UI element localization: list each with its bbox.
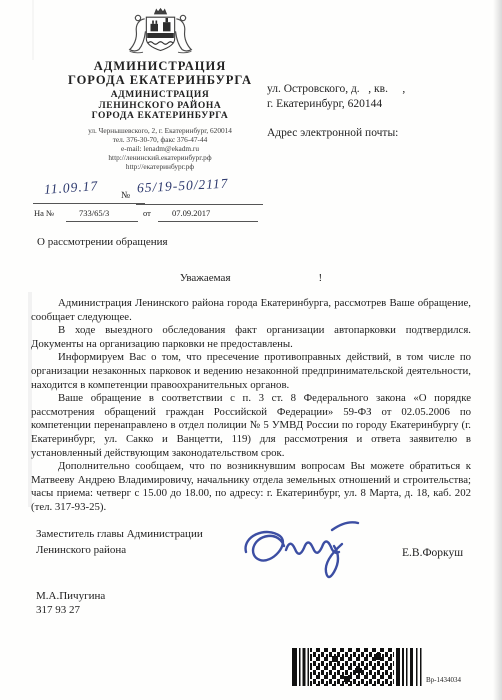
org-name-line: ЛЕНИНСКОГО РАЙОНА <box>10 101 310 112</box>
org-contacts: ул. Чернышевского, 2, г. Екатеринбург, 6… <box>10 126 310 171</box>
reply-number-underline <box>66 220 138 222</box>
number-sign-label: № <box>121 191 130 201</box>
org-name-line: АДМИНИСТРАЦИЯ <box>10 60 310 74</box>
reply-from-label: от <box>143 208 151 218</box>
recipient-block: ул. Островского, д. , кв. , г. Екатеринб… <box>267 82 487 112</box>
scan-edge-shadow <box>493 0 502 700</box>
reply-date: 07.09.2017 <box>172 208 210 218</box>
org-name-line: АДМИНИСТРАЦИЯ <box>10 90 310 101</box>
org-email-line: e-mail: lenadm@ekadm.ru <box>10 144 310 153</box>
org-name-district: АДМИНИСТРАЦИЯ ЛЕНИНСКОГО РАЙОНА ГОРОДА Е… <box>10 90 310 122</box>
date-underline <box>33 202 145 204</box>
number-underline <box>136 203 263 205</box>
handwritten-outgoing-number: 65/19-50/2117 <box>137 176 229 197</box>
scanned-letter-page: АДМИНИСТРАЦИЯ ГОРОДА ЕКАТЕРИНБУРГА АДМИН… <box>0 0 502 700</box>
body-paragraph: Информируем Вас о том, что пресечение пр… <box>31 351 471 392</box>
letterhead: АДМИНИСТРАЦИЯ ГОРОДА ЕКАТЕРИНБУРГА АДМИН… <box>10 60 310 171</box>
signature-autograph-icon <box>236 510 376 590</box>
subject-line: О рассмотрении обращения <box>37 236 168 248</box>
org-phone-line: тел. 376-30-70, факс 376-47-44 <box>10 135 310 144</box>
org-address-line: ул. Чернышевского, 2, г. Екатеринбург, 6… <box>10 126 310 135</box>
recipient-city-line: г. Екатеринбург, 620144 <box>267 97 487 112</box>
body-paragraph: Дополнительно сообщаем, что по возникнув… <box>31 460 471 514</box>
org-site-line: http://екатеринбург.рф <box>10 162 310 171</box>
executor-phone: 317 93 27 <box>36 603 105 617</box>
scan-streak-artifact <box>32 0 34 60</box>
reply-to-number: 733/65/3 <box>79 208 109 218</box>
org-name-line: ГОРОДА ЕКАТЕРИНБУРГА <box>10 74 310 88</box>
letter-body: Администрация Ленинского района города Е… <box>31 297 471 515</box>
salutation: Уважаемая ! <box>31 272 471 284</box>
yekaterinburg-coat-of-arms-icon <box>123 7 198 59</box>
signatory-name: Е.В.Форкуш <box>402 545 463 561</box>
signatory-position: Заместитель главы Администрации Ленинско… <box>36 526 203 558</box>
executor-name: М.А.Пичугина <box>36 589 105 603</box>
salutation-word: Уважаемая <box>180 272 231 284</box>
signatory-position-line: Ленинского района <box>36 542 203 558</box>
org-name-city: АДМИНИСТРАЦИЯ ГОРОДА ЕКАТЕРИНБУРГА <box>10 60 310 87</box>
barcode-label: Вр-1434034 <box>426 676 461 684</box>
body-paragraph: Администрация Ленинского района города Е… <box>31 297 471 324</box>
handwritten-outgoing-date: 11.09.17 <box>44 178 99 198</box>
recipient-email-label: Адрес электронной почты: <box>267 126 398 141</box>
salutation-mark: ! <box>319 272 323 284</box>
signatory-position-line: Заместитель главы Администрации <box>36 526 203 542</box>
body-paragraph: В ходе выездного обследования факт орган… <box>31 324 471 351</box>
body-paragraph: Ваше обращение в соответствии с п. 3 ст.… <box>31 392 471 460</box>
org-site-line: http://ленинский.екатеринбург.рф <box>10 153 310 162</box>
org-name-line: ГОРОДА ЕКАТЕРИНБУРГА <box>10 111 310 122</box>
reply-date-underline <box>158 220 258 222</box>
reply-to-label: На № <box>34 208 54 218</box>
barcode-icon <box>292 648 423 686</box>
executor-block: М.А.Пичугина 317 93 27 <box>36 589 105 617</box>
recipient-street-line: ул. Островского, д. , кв. , <box>267 82 487 97</box>
